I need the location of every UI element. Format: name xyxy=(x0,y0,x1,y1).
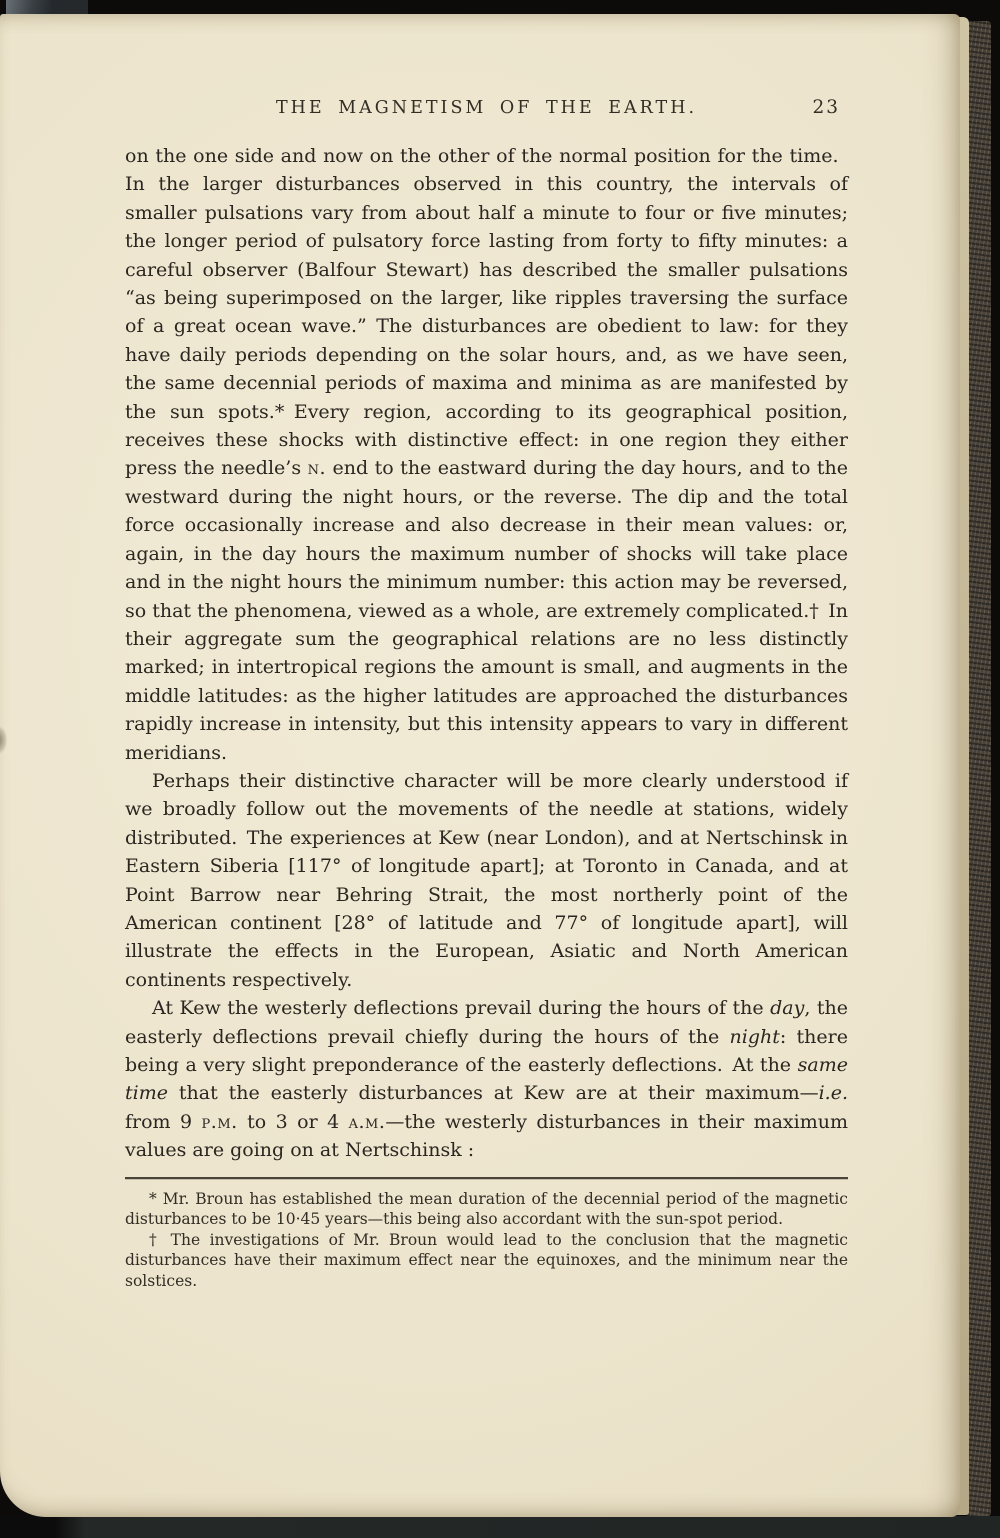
text-run: from 9 xyxy=(125,1111,202,1133)
scanned-book-page-scene: THE MAGNETISM OF THE EARTH. 23 on the on… xyxy=(0,0,1000,1538)
text-run: end to the eastward during the day hours… xyxy=(125,457,848,763)
text-run: * Mr. Broun has established the mean dur… xyxy=(125,1190,848,1229)
book-fore-edge xyxy=(966,21,991,1516)
book-page: THE MAGNETISM OF THE EARTH. 23 on the on… xyxy=(0,14,960,1517)
footnote: † The investigations of Mr. Broun would … xyxy=(125,1230,848,1292)
italic-text: night xyxy=(730,1026,780,1048)
paragraph: Perhaps their distinctive character will… xyxy=(125,767,848,994)
paragraph: on the one side and now on the other of … xyxy=(125,142,848,767)
text-block: on the one side and now on the other of … xyxy=(125,142,848,1292)
smallcaps-text: p.m. xyxy=(202,1111,238,1133)
book-cover-bottom-edge xyxy=(0,1516,1000,1538)
smallcaps-text: a.m. xyxy=(349,1111,386,1133)
page-edge-notch xyxy=(0,726,7,754)
text-run: Perhaps their distinctive character will… xyxy=(125,770,848,991)
running-header: THE MAGNETISM OF THE EARTH. 23 xyxy=(125,98,848,124)
page-number: 23 xyxy=(812,97,840,118)
scanner-bed-glare xyxy=(6,0,52,15)
text-run: At Kew the westerly deflections prevail … xyxy=(152,997,770,1019)
page-title: THE MAGNETISM OF THE EARTH. xyxy=(125,98,848,118)
italic-text: day xyxy=(770,997,804,1019)
italic-text: i.e. xyxy=(819,1082,848,1104)
smallcaps-text: n. xyxy=(308,457,326,479)
scanner-bed-shadow xyxy=(52,0,88,14)
text-run: on the one side and now on the other of … xyxy=(125,145,848,479)
paragraph: At Kew the westerly deflections prevail … xyxy=(125,994,848,1164)
footnote-separator-rule xyxy=(125,1177,848,1179)
text-run: † The investigations of Mr. Broun would … xyxy=(125,1231,848,1290)
text-run: to 3 or 4 xyxy=(238,1111,349,1133)
text-run: that the easterly disturbances at Kew ar… xyxy=(168,1082,819,1104)
footnote: * Mr. Broun has established the mean dur… xyxy=(125,1189,848,1230)
